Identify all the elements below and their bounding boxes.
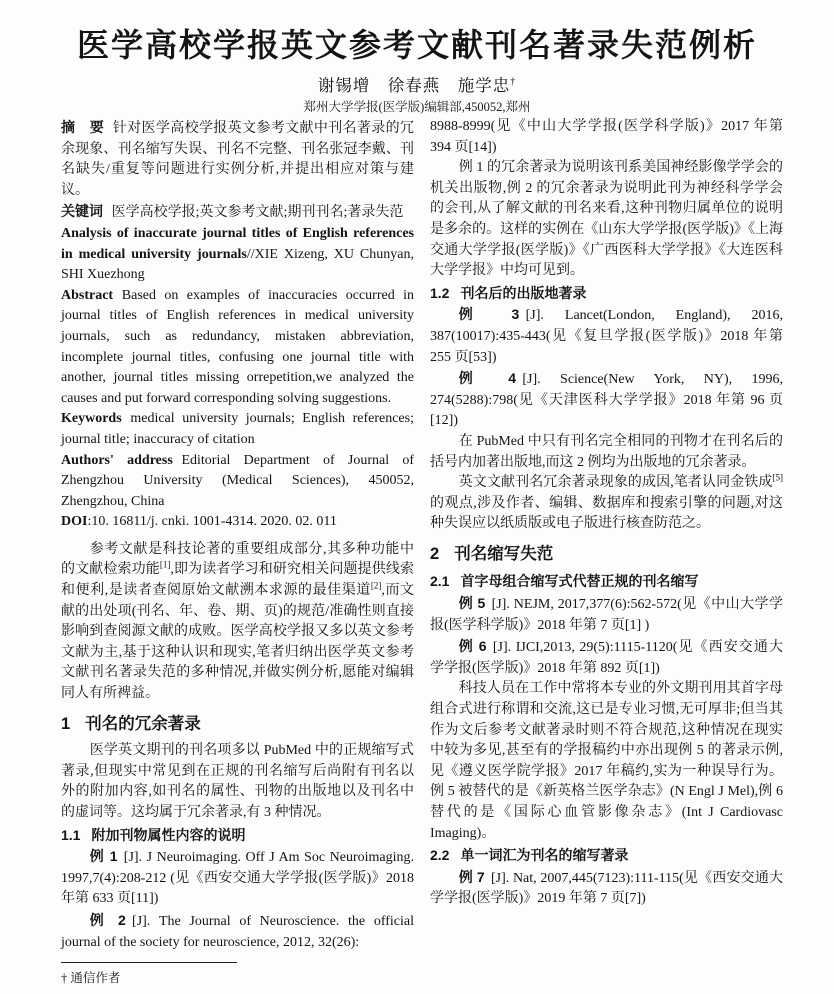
intro-text-3: ,而文献的出处项(刊名、年、卷、期、页)的规范/准确性则直接影响到查阅源文献的成…	[61, 583, 414, 701]
ref-superscript-5: [5]	[773, 472, 784, 482]
subsection-1-2-number: 1.2	[430, 285, 449, 301]
abstract-cn-text: 针对医学高校学报英文参考文献中刊名著录的冗余现象、刊名缩写失误、刊名不完整、刊名…	[61, 121, 414, 198]
subsection-2-2-number: 2.2	[430, 847, 449, 863]
example-5-paragraph: 例 5[J]. NEJM, 2017,377(6):562-572(见《中山大学…	[430, 593, 783, 636]
section-2-heading: 2刊名缩写失范	[430, 544, 783, 565]
ref-superscript-2: [2]	[371, 580, 382, 590]
example-1-paragraph: 例 1[J]. J Neuroimaging. Off J Am Soc Neu…	[61, 846, 414, 910]
redundancy-discussion-paragraph: 例 1 的冗余著录为说明该刊系美国神经影像学学会的机关出版物,例 2 的冗余著录…	[430, 158, 783, 282]
ref-superscript-1: [1]	[160, 560, 171, 570]
doi-line: DOI:10. 16811/j. cnki. 1001-4314. 2020. …	[61, 512, 414, 533]
subsection-2-2-title: 单一词汇为刊名的缩写著录	[460, 847, 628, 863]
example-6-paragraph: 例 6[J]. IJCI,2013, 29(5):1115-1120(见《西安交…	[430, 636, 783, 679]
subsection-1-2-title: 刊名后的出版地著录	[460, 285, 586, 301]
authors-line: 谢锡增 徐春燕 施学忠†	[0, 72, 834, 96]
doi-value: :10. 16811/j. cnki. 1001-4314. 2020. 02.…	[87, 514, 336, 529]
subsection-1-1-heading: 1.1附加刊物属性内容的说明	[61, 825, 414, 846]
corresponding-author-mark: †	[510, 77, 516, 88]
paper-title: 医学高校学报英文参考文献刊名著录失范例析	[0, 20, 834, 66]
affiliation: 郑州大学学报(医学版)编辑部,450052,郑州	[0, 97, 834, 115]
subsection-2-2-heading: 2.2单一词汇为刊名的缩写著录	[430, 845, 783, 866]
footnote-block: † 通信作者	[61, 962, 414, 989]
example-4-paragraph: 例 4[J]. Science(New York, NY), 1996, 274…	[430, 368, 783, 432]
authors-address-paragraph: Authors' addressEditorial Department of …	[61, 451, 414, 513]
keywords-en-label: Keywords	[61, 411, 122, 426]
abstract-en-text: Based on examples of inaccuracies occurr…	[61, 288, 414, 406]
cause-analysis-text-1: 英文文献刊名冗余著录现象的成因,笔者认同金铁成	[459, 475, 773, 490]
intro-paragraph: 参考文献是科技论著的重要组成部分,其多种功能中的文献检索功能[1],即为读者学习…	[61, 540, 414, 705]
keywords-cn-paragraph: 关键词医学高校学报;英文参考文献;期刊刊名;著录失范	[61, 201, 414, 224]
abstract-cn-label: 摘 要	[61, 119, 104, 135]
example-2-label: 例 2	[90, 912, 126, 928]
example-5-label: 例 5	[459, 595, 486, 611]
abstract-cn-paragraph: 摘 要针对医学高校学报英文参考文献中刊名著录的冗余现象、刊名缩写失误、刊名不完整…	[61, 117, 414, 201]
section-1-title: 刊名的冗余著录	[85, 715, 201, 733]
subsection-2-1-heading: 2.1首字母组合缩写式代替正规的刊名缩写	[430, 571, 783, 592]
section-1-heading: 1刊名的冗余著录	[61, 714, 414, 735]
cause-analysis-text-2: 的观点,涉及作者、编辑、数据库和搜索引擎的问题,对这种失误应以纸质版或电子版进行…	[430, 496, 783, 532]
abstract-en-paragraph: AbstractBased on examples of inaccuracie…	[61, 286, 414, 410]
section-2-number: 2	[430, 545, 439, 563]
keywords-en-paragraph: Keywordsmedical university journals; Eng…	[61, 409, 414, 450]
cause-analysis-paragraph: 英文文献刊名冗余著录现象的成因,笔者认同金铁成[5]的观点,涉及作者、编辑、数据…	[430, 473, 783, 535]
footnote-text: † 通信作者	[61, 968, 414, 989]
example-6-label: 例 6	[459, 638, 487, 654]
footnote-rule	[61, 962, 237, 963]
example-3-label: 例 3	[459, 306, 520, 322]
section-2-title: 刊名缩写失范	[454, 545, 553, 563]
section-1-number: 1	[61, 715, 70, 733]
paper-page: 医学高校学报英文参考文献刊名著录失范例析 谢锡增 徐春燕 施学忠† 郑州大学学报…	[0, 0, 834, 994]
english-title-paragraph: Analysis of inaccurate journal titles of…	[61, 224, 414, 286]
subsection-1-2-heading: 1.2刊名后的出版地著录	[430, 283, 783, 304]
example-4-label: 例 4	[459, 370, 516, 386]
keywords-cn-label: 关键词	[61, 203, 103, 219]
section-1-paragraph: 医学英文期刊的刊名项多以 PubMed 中的正规缩写式著录,但现实中常见到在正规…	[61, 741, 414, 823]
subsection-2-1-title: 首字母组合缩写式代替正规的刊名缩写	[460, 573, 698, 589]
left-column: 摘 要针对医学高校学报英文参考文献中刊名著录的冗余现象、刊名缩写失误、刊名不完整…	[61, 117, 414, 989]
abstract-en-label: Abstract	[61, 288, 113, 303]
subsection-2-1-number: 2.1	[430, 573, 449, 589]
subsection-1-1-number: 1.1	[61, 827, 80, 843]
author-names: 谢锡增 徐春燕 施学忠	[318, 76, 511, 95]
doi-label: DOI	[61, 514, 87, 529]
example-2-paragraph: 例 2[J]. The Journal of Neuroscience. the…	[61, 910, 414, 953]
keywords-cn-text: 医学高校学报;英文参考文献;期刊刊名;著录失范	[112, 205, 404, 220]
subsection-1-1-title: 附加刊物属性内容的说明	[91, 827, 245, 843]
abbreviation-discussion-paragraph: 科技人员在工作中常将本专业的外文期刊用其首字母组合式进行称谓和交流,这已是专业习…	[430, 679, 783, 844]
pubmed-note-paragraph: 在 PubMed 中只有刊名完全相同的刊物才在刊名后的括号内加著出版地,而这 2…	[430, 432, 783, 473]
example-3-paragraph: 例 3[J]. Lancet(London, England), 2016, 3…	[430, 304, 783, 368]
example-1-label: 例 1	[90, 848, 118, 864]
right-column: 8988-8999(见《中山大学学报(医学科学版)》2017 年第 394 页[…	[430, 117, 783, 910]
authors-address-label: Authors' address	[61, 453, 173, 468]
example-7-paragraph: 例 7[J]. Nat, 2007,445(7123):111-115(见《西安…	[430, 867, 783, 910]
example-2-continuation: 8988-8999(见《中山大学学报(医学科学版)》2017 年第 394 页[…	[430, 117, 783, 158]
example-7-label: 例 7	[459, 869, 485, 885]
